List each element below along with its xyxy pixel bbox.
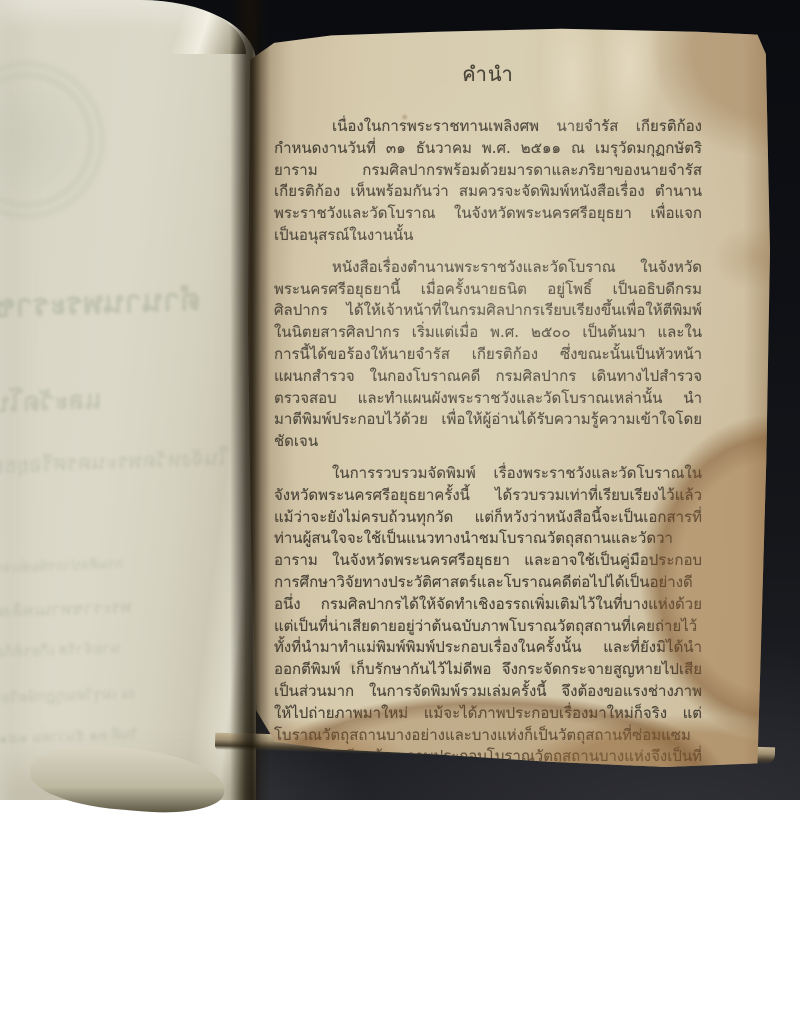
preface-paragraph: ในการรวบรวมจัดพิมพ์ เรื่องพระราชวังและวั… [274, 463, 702, 800]
page-title: คำนำ [274, 58, 702, 90]
ghost-line: และวัดโบราณ [0, 379, 102, 426]
page-curl-bottom [28, 740, 228, 800]
ghost-line: พระราชทานเพลิงศพ [0, 593, 132, 625]
preface-paragraph: เนื่องในการพระราชทานเพลิงศพ นายจำรัส เกี… [274, 116, 702, 247]
left-page: ตำนานพระราชวัง และวัดโบราณ ในจังหวัดพระน… [0, 0, 256, 800]
ghost-line: ณ เมรุวัดมกุฏกษัตริยาราม [0, 681, 136, 711]
department-seal-showthrough [0, 58, 108, 222]
right-page: คำนำ เนื่องในการพระราชทานเพลิงศพ นายจำรั… [248, 28, 770, 770]
ghost-line: นายจำรัส เกียรติก้อง [0, 636, 121, 665]
preface-paragraph: หนังสือเรื่องตำนานพระราชวังและวัดโบราณ ใ… [274, 257, 702, 453]
preface-text-block: คำนำ เนื่องในการพระราชทานเพลิงศพ นายจำรั… [274, 58, 702, 800]
book-gutter [230, 0, 270, 800]
ghost-line: ตำนานพระราชวัง [0, 274, 202, 332]
ghost-line: กรมศิลปากรพิมพ์แจกในงาน [0, 553, 124, 581]
ghost-line: ในจังหวัดพระนครศรีอยุธยา [0, 442, 229, 484]
